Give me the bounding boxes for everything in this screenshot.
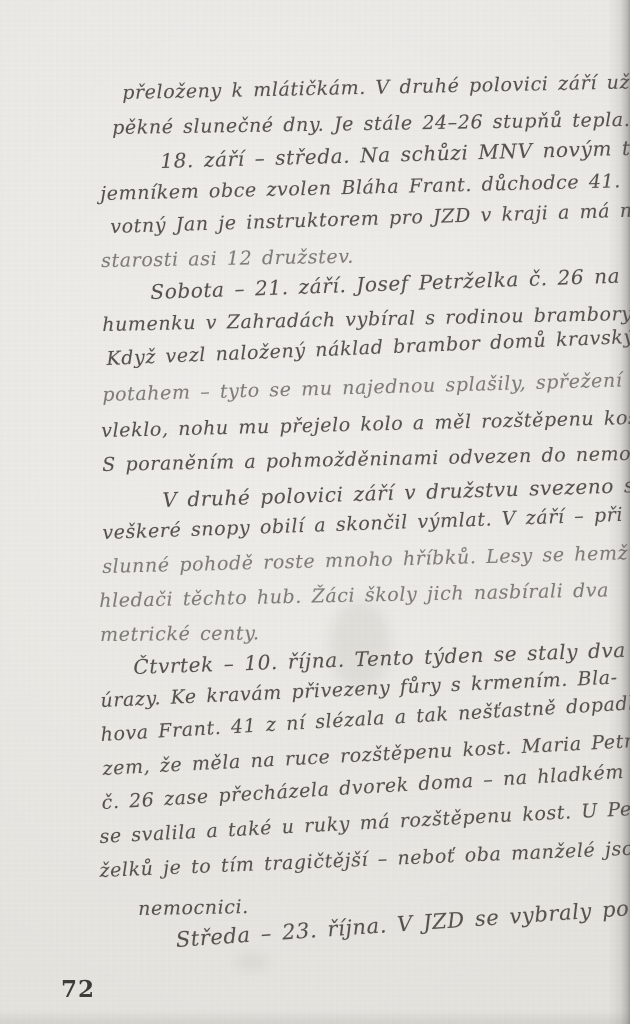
handwritten-line: potahem – tyto se mu najednou splašily, … (102, 369, 630, 406)
handwritten-line: votný Jan je instruktorem pro JZD v kraj… (110, 199, 630, 238)
handwritten-line: S poraněním a pohmožděninami odvezen do … (102, 442, 630, 476)
handwritten-line: slunné pohodě roste mnoho hříbků. Lesy s… (102, 542, 630, 578)
handwritten-line: nemocnici. (138, 896, 249, 920)
handwritten-line: hledači těchto hub. Žáci školy jich nasb… (99, 579, 609, 612)
handwritten-line: 18. září – středa. Na schůzi MNV novým t… (160, 135, 630, 173)
handwritten-line: pěkné slunečné dny. Je stále 24–26 stupň… (112, 109, 630, 139)
handwritten-line: jemníkem obce zvolen Bláha Frant. důchod… (100, 169, 630, 205)
handwritten-line: starosti asi 12 družstev. (101, 246, 354, 272)
page-edge-shadow-bottom (0, 1010, 630, 1024)
paper-smudge (235, 955, 269, 969)
scanned-chronicle-page: přeloženy k mlátičkám. V druhé polovici … (0, 0, 630, 1024)
handwritten-line: vleklo, nohu mu přejelo kolo a měl rozšt… (101, 407, 630, 442)
page-number: 72 (61, 976, 95, 1003)
handwritten-line: přeloženy k mlátičkám. V druhé polovici … (122, 71, 630, 104)
handwritten-line: metrické centy. (100, 622, 260, 646)
